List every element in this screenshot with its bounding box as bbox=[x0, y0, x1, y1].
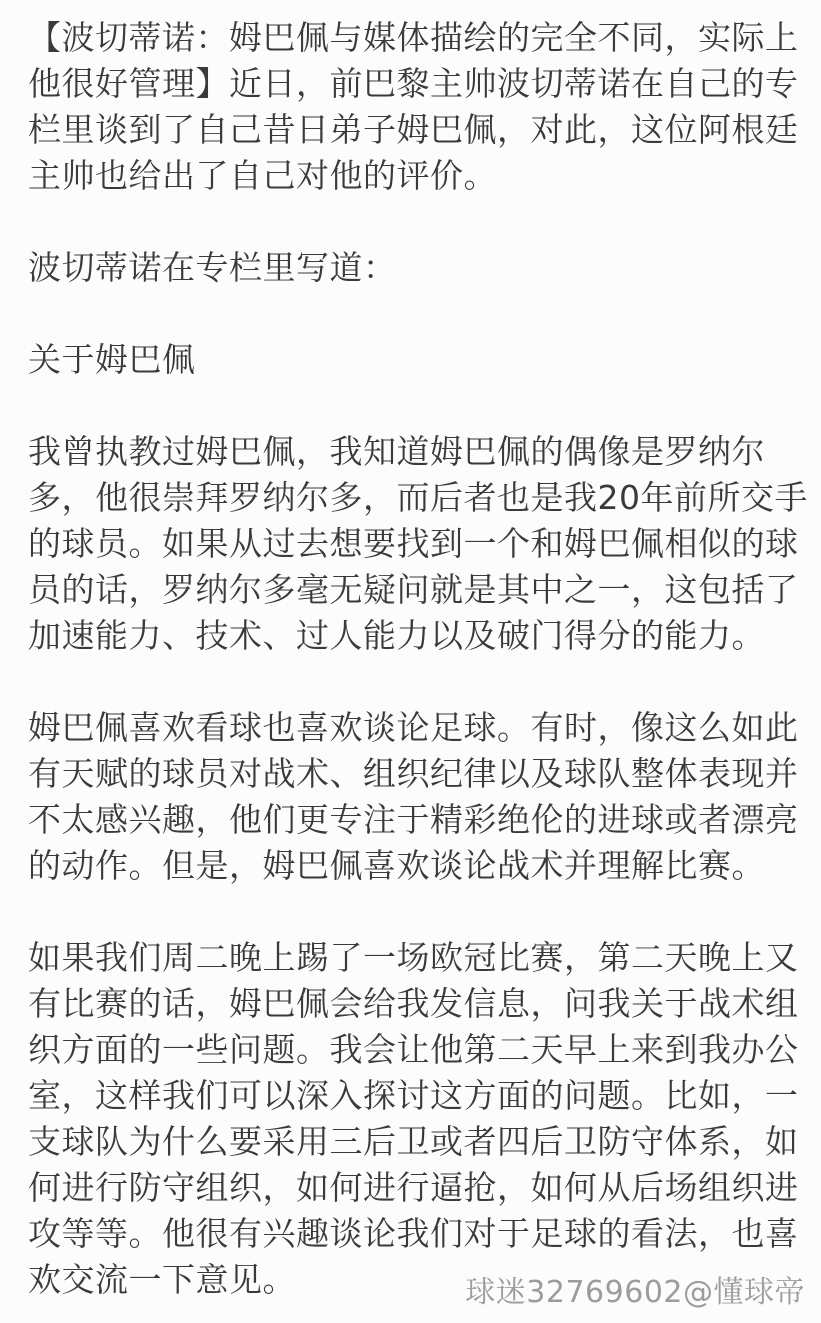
paragraph-champions-league-story: 如果我们周二晚上踢了一场欧冠比赛，第二天晚上又 有比赛的话，姆巴佩会给我发信息，… bbox=[28, 935, 808, 1303]
paragraph-mbappe-tactics: 姆巴佩喜欢看球也喜欢谈论足球。有时，像这么如此 有天赋的球员对战术、组织纪律以及… bbox=[28, 705, 808, 889]
paragraph-section-heading: 关于姆巴佩 bbox=[28, 337, 808, 383]
watermark: 球迷32769602@懂球帝 bbox=[465, 1276, 805, 1310]
article-lead-paragraph: 【波切蒂诺：姆巴佩与媒体描绘的完全不同，实际上 他很好管理】近日，前巴黎主帅波切… bbox=[28, 15, 808, 199]
paragraph-coaching-mbappe: 我曾执教过姆巴佩，我知道姆巴佩的偶像是罗纳尔 多，他很崇拜罗纳尔多，而后者也是我… bbox=[28, 429, 808, 659]
article-body: 【波切蒂诺：姆巴佩与媒体描绘的完全不同，实际上 他很好管理】近日，前巴黎主帅波切… bbox=[0, 0, 821, 1303]
paragraph-column-intro: 波切蒂诺在专栏里写道： bbox=[28, 245, 808, 291]
